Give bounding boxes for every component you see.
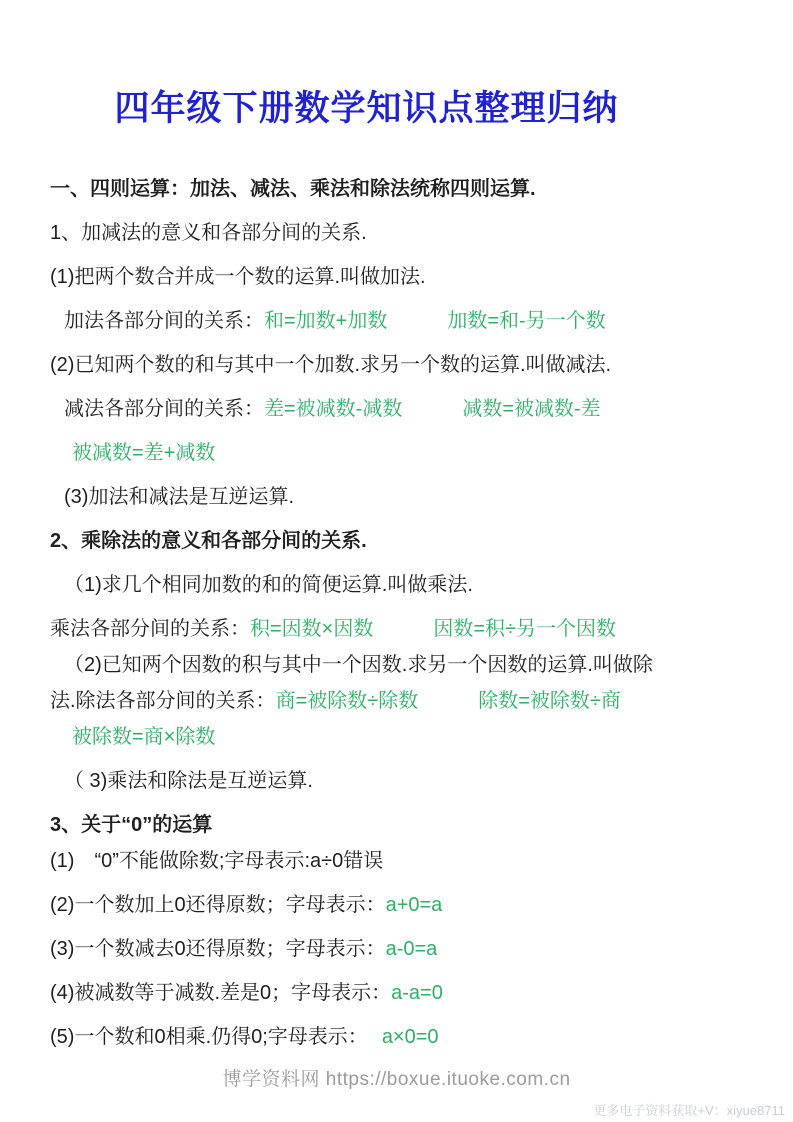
formula-text: 商=被除数÷除数 bbox=[276, 690, 419, 712]
heading-text: 一、四则运算：加法、减法、乘法和除法统称四则运算. bbox=[50, 178, 536, 200]
doc-line: (2)一个数加上0还得原数；字母表示：a+0=a bbox=[50, 894, 747, 917]
body-text: （1)求几个相同加数的和的简便运算.叫做乘法. bbox=[64, 574, 473, 596]
body-text: (3)加法和减法是互逆运算. bbox=[64, 486, 294, 508]
formula-text: a-0=a bbox=[386, 938, 438, 960]
doc-line: (1)把两个数合并成一个数的运算.叫做加法. bbox=[50, 266, 747, 289]
doc-line: (3)加法和减法是互逆运算. bbox=[64, 486, 747, 509]
doc-line: 加法各部分间的关系：和=加数+加数加数=和-另一个数 bbox=[64, 310, 747, 333]
formula-text: a+0=a bbox=[386, 894, 443, 916]
formula-text: 因数=积÷另一个因数 bbox=[433, 618, 616, 640]
document-page: 四年级下册数学知识点整理归纳 一、四则运算：加法、减法、乘法和除法统称四则运算.… bbox=[0, 0, 793, 1122]
body-text: 1、加减法的意义和各部分间的关系. bbox=[50, 222, 367, 244]
body-text: (2)已知两个数的和与其中一个加数.求另一个数的运算.叫做减法. bbox=[50, 354, 611, 376]
doc-line: (3)一个数减去0还得原数；字母表示：a-0=a bbox=[50, 938, 747, 961]
footer: 博学资料网 https://boxue.ituoke.com.cn bbox=[0, 1064, 793, 1091]
formula-text: a×0=0 bbox=[382, 1026, 439, 1048]
doc-line: (1) “0”不能做除数;字母表示:a÷0错误 bbox=[50, 850, 747, 873]
doc-line: 1、加减法的意义和各部分间的关系. bbox=[50, 222, 747, 245]
doc-line: 法.除法各部分间的关系：商=被除数÷除数除数=被除数÷商 bbox=[50, 690, 747, 713]
doc-line: 被除数=商×除数 bbox=[72, 726, 747, 749]
heading-text: 2、乘除法的意义和各部分间的关系. bbox=[50, 530, 367, 552]
doc-line: 被减数=差+减数 bbox=[72, 442, 747, 465]
body-text: (5)一个数和0相乘.仍得0;字母表示： bbox=[50, 1026, 368, 1048]
formula-text: a-a=0 bbox=[391, 982, 443, 1004]
body-text: (3)一个数减去0还得原数；字母表示： bbox=[50, 938, 386, 960]
body-text: (2)一个数加上0还得原数；字母表示： bbox=[50, 894, 386, 916]
footer-site-name: 博学资料网 bbox=[222, 1069, 320, 1090]
body-text: 减法各部分间的关系： bbox=[64, 398, 264, 420]
doc-line: (4)被减数等于减数.差是0；字母表示：a-a=0 bbox=[50, 982, 747, 1005]
watermark-contact: 更多电子资料获取+V：xiyue8711 bbox=[593, 1100, 785, 1119]
body-text: (4)被减数等于减数.差是0；字母表示： bbox=[50, 982, 391, 1004]
doc-line: (5)一个数和0相乘.仍得0;字母表示：a×0=0 bbox=[50, 1026, 747, 1049]
page-title: 四年级下册数学知识点整理归纳 bbox=[0, 0, 763, 130]
formula-text: 积=因数×因数 bbox=[250, 618, 373, 640]
body-text: 乘法各部分间的关系： bbox=[50, 618, 250, 640]
heading-text: 3、关于“0”的运算 bbox=[50, 814, 212, 836]
body-text: 加法各部分间的关系： bbox=[64, 310, 264, 332]
doc-line: 减法各部分间的关系：差=被减数-减数减数=被减数-差 bbox=[64, 398, 747, 421]
doc-line: (2)已知两个数的和与其中一个加数.求另一个数的运算.叫做减法. bbox=[50, 354, 747, 377]
section-heading: 3、关于“0”的运算 bbox=[50, 814, 747, 837]
formula-text: 加数=和-另一个数 bbox=[447, 310, 605, 332]
body-text: (1)把两个数合并成一个数的运算.叫做加法. bbox=[50, 266, 426, 288]
section-heading: 一、四则运算：加法、减法、乘法和除法统称四则运算. bbox=[50, 178, 747, 201]
formula-text: 差=被减数-减数 bbox=[264, 398, 402, 420]
footer-site-url[interactable]: https://boxue.ituoke.com.cn bbox=[326, 1069, 571, 1090]
section-heading: 2、乘除法的意义和各部分间的关系. bbox=[50, 530, 747, 553]
formula-text: 减数=被减数-差 bbox=[462, 398, 600, 420]
body-text: （ 3)乘法和除法是互逆运算. bbox=[64, 770, 313, 792]
doc-line: 乘法各部分间的关系：积=因数×因数因数=积÷另一个因数 bbox=[50, 618, 747, 641]
formula-text: 和=加数+加数 bbox=[264, 310, 387, 332]
body-text: （2)已知两个因数的积与其中一个因数.求另一个因数的运算.叫做除 bbox=[64, 654, 653, 676]
formula-text: 被减数=差+减数 bbox=[72, 442, 215, 464]
doc-line: （1)求几个相同加数的和的简便运算.叫做乘法. bbox=[64, 574, 747, 597]
body-text: 法.除法各部分间的关系： bbox=[50, 690, 276, 712]
formula-text: 被除数=商×除数 bbox=[72, 726, 215, 748]
body-text: (1) “0”不能做除数;字母表示:a÷0错误 bbox=[50, 850, 383, 872]
doc-line: （2)已知两个因数的积与其中一个因数.求另一个因数的运算.叫做除 bbox=[64, 654, 747, 677]
doc-line: （ 3)乘法和除法是互逆运算. bbox=[64, 770, 747, 793]
document-body: 一、四则运算：加法、减法、乘法和除法统称四则运算.1、加减法的意义和各部分间的关… bbox=[50, 178, 747, 1049]
formula-text: 除数=被除数÷商 bbox=[478, 690, 621, 712]
